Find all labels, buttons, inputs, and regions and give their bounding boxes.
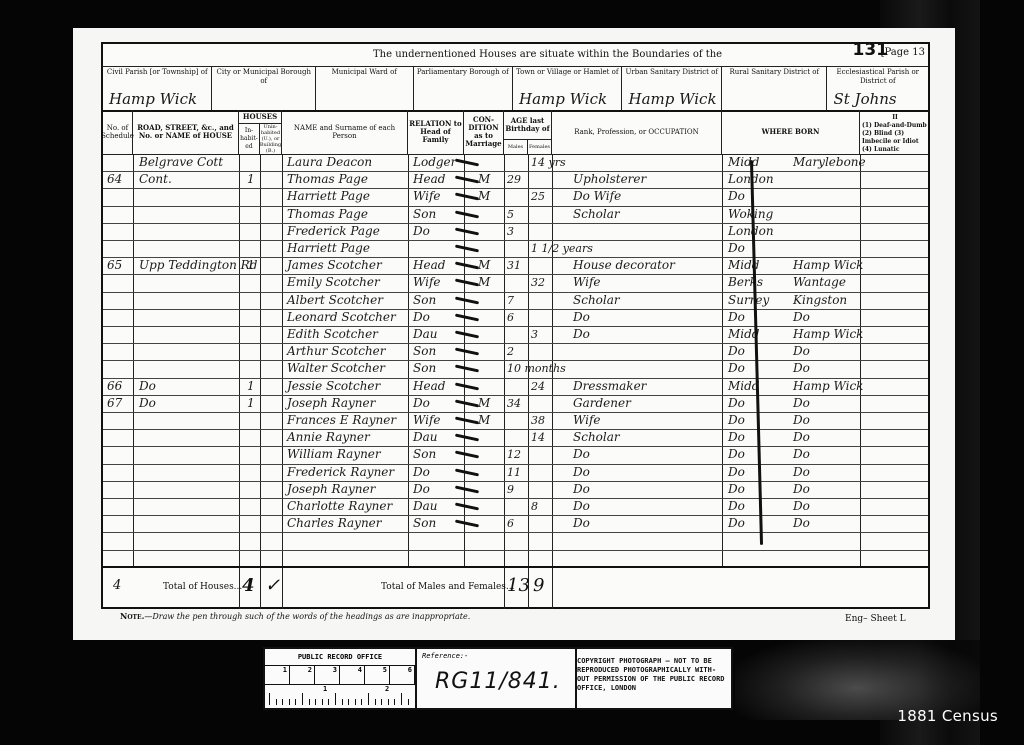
district-cell: Parliamentary Borough of [414, 66, 514, 110]
cell-female-age: 32 [531, 274, 545, 291]
table-row: 67Do1Joseph RaynerDoM34GardenerDoDo [103, 395, 928, 412]
ruler-number: 2 [290, 666, 315, 684]
cell-male-age: 31 [507, 257, 521, 274]
copyright-notice: COPYRIGHT PHOTOGRAPH – NOT TO BE REPRODU… [577, 657, 727, 693]
total-persons-label: Total of Males and Females... [381, 582, 515, 592]
district-label: Rural Sanitary District of [722, 66, 826, 79]
cell-male-age: 12 [507, 446, 521, 463]
cell-born-place: Do [793, 464, 810, 481]
cell-relation: Son [413, 206, 436, 223]
district-value: Hamp Wick [109, 90, 197, 108]
tally-mark [455, 193, 479, 201]
cell-male-age: 11 [507, 464, 521, 481]
cell-name: Frederick Page [287, 223, 380, 240]
cell-relation: Son [413, 360, 436, 377]
cell-born-county: Do [728, 515, 745, 532]
district-cell: Urban Sanitary District ofHamp Wick [622, 66, 722, 110]
cell-inhabited: 1 [247, 395, 255, 412]
cell-inhabited: 1 [247, 378, 255, 395]
total-females: 9 [533, 575, 544, 596]
cell-born-place: Do [793, 446, 810, 463]
cell-name: Annie Rayner [287, 429, 370, 446]
cell-name: Edith Scotcher [287, 326, 378, 343]
cell-relation: Son [413, 292, 436, 309]
district-cell: Ecclesiastical Parish or District ofSt J… [827, 66, 928, 110]
district-value: Hamp Wick [519, 90, 607, 108]
tally-mark [455, 296, 479, 304]
ruler-tick [335, 693, 336, 705]
sheet-label: Eng– Sheet L [845, 614, 906, 624]
cell-male-age: 34 [507, 395, 521, 412]
cell-road: Belgrave Cott [139, 154, 223, 171]
cell-female-age: 14 yrs [531, 154, 566, 171]
cell-schedule: 65 [107, 257, 122, 274]
scale-number: 1 [323, 685, 327, 693]
grid-line [103, 550, 928, 551]
cell-inhabited: 1 [247, 257, 255, 274]
cell-relation: Do [413, 309, 430, 326]
district-row: Civil Parish [or Township] ofHamp WickCi… [103, 66, 928, 112]
tally-mark [455, 227, 479, 235]
cell-occupation: House decorator [573, 257, 675, 274]
cell-occupation: Do [573, 481, 590, 498]
cell-relation: Head [413, 378, 445, 395]
cell-occupation: Do Wife [573, 188, 621, 205]
ruler-tick [269, 693, 270, 705]
cell-relation: Dau [413, 429, 438, 446]
tally-mark [455, 245, 479, 253]
cell-name: Walter Scotcher [287, 360, 385, 377]
cell-male-age: 2 [507, 343, 514, 360]
district-label: Town or Village or Hamlet of [513, 66, 621, 79]
cell-female-age: 8 [531, 498, 538, 515]
total-houses-uninhabited-check: ✓ [265, 575, 280, 596]
reference-label: Reference:- [417, 649, 575, 663]
cell-condition: M [478, 171, 490, 188]
ruler-tick [368, 693, 369, 705]
image-caption: 1881 Census [897, 707, 998, 725]
cell-condition: M [478, 274, 490, 291]
cell-male-age: 6 [507, 515, 514, 532]
cell-name: Frances E Rayner [287, 412, 396, 429]
cell-male-age: 5 [507, 206, 514, 223]
cell-relation: Head [413, 257, 445, 274]
ruler-tick [388, 699, 389, 705]
cell-occupation: Do [573, 446, 590, 463]
ruler-tick [401, 693, 402, 705]
district-label: Municipal Ward of [316, 66, 413, 79]
table-row: 65Upp Teddington Rd1James ScotcherHeadM3… [103, 257, 928, 274]
ruler-tick [315, 699, 316, 705]
col-infirmity: II (1) Deaf-and-Dumb (2) Blind (3) Imbec… [860, 110, 930, 154]
ruler-tick [276, 699, 277, 705]
cell-born-county: Do [728, 498, 745, 515]
cell-born-place: Do [793, 412, 810, 429]
district-cell: Civil Parish [or Township] ofHamp Wick [103, 66, 212, 110]
table-row: Leonard ScotcherDo6DoDoDo [103, 309, 928, 326]
col-where-born: WHERE BORN [722, 110, 860, 154]
cell-condition: M [478, 257, 490, 274]
infirmity-label: (1) Deaf-and-Dumb (2) Blind (3) Imbecile… [862, 122, 928, 154]
cell-name: Thomas Page [287, 206, 368, 223]
cell-born-county: Do [728, 429, 745, 446]
district-label: Ecclesiastical Parish or District of [827, 66, 928, 88]
ruler-tick [302, 693, 303, 705]
table-row: 64Cont.1Thomas PageHeadM29UpholstererLon… [103, 171, 928, 188]
cell-male-age: 6 [507, 309, 514, 326]
cell-born-county: Do [728, 343, 745, 360]
col-name: NAME and Surname of each Person [282, 110, 408, 154]
table-row: William RaynerSon12DoDoDo [103, 446, 928, 463]
ruler-tick [282, 699, 283, 705]
cell-name: Harriett Page [287, 240, 370, 257]
cell-relation: Dau [413, 498, 438, 515]
cell-road: Upp Teddington Rd [139, 257, 257, 274]
table-row: Frederick RaynerDo11DoDoDo [103, 464, 928, 481]
ruler-tick [375, 699, 376, 705]
cell-female-age: 25 [531, 188, 545, 205]
cell-relation: Dau [413, 326, 438, 343]
cell-occupation: Scholar [573, 206, 620, 223]
cell-born-county: Surrey [728, 292, 769, 309]
cell-born-county: Do [728, 188, 745, 205]
page-label: [Page 13 [881, 47, 925, 58]
cell-born-place: Do [793, 429, 810, 446]
grid-line [103, 532, 928, 533]
cell-born-county: Do [728, 309, 745, 326]
tally-mark [455, 399, 479, 407]
table-row: Charlotte RaynerDau8DoDoDo [103, 498, 928, 515]
cell-born-county: Do [728, 412, 745, 429]
district-label: Urban Sanitary District of [622, 66, 721, 79]
cell-occupation: Do [573, 326, 590, 343]
census-form: The undernentioned Houses are situate wi… [101, 42, 930, 609]
cell-born-county: Berks [728, 274, 763, 291]
district-value: St Johns [833, 90, 896, 108]
cell-occupation: Do [573, 309, 590, 326]
tally-mark [455, 434, 479, 442]
cell-schedule: 67 [107, 395, 122, 412]
ruler-tick [309, 699, 310, 705]
note-text: —Draw the pen through such of the words … [144, 612, 470, 621]
tally-mark [455, 382, 479, 390]
cell-schedule: 64 [107, 171, 122, 188]
cell-relation: Son [413, 343, 436, 360]
cell-occupation: Do [573, 515, 590, 532]
record-office-label: PUBLIC RECORD OFFICE 123456 12 Reference… [263, 647, 733, 710]
table-row: Belgrave CottLaura DeaconLodger14 yrsMid… [103, 154, 928, 171]
tally-mark [455, 348, 479, 356]
ruler-tick [295, 699, 296, 705]
cell-name: Emily Scotcher [287, 274, 380, 291]
cell-male-age: 29 [507, 171, 521, 188]
totals-row: 4 Total of Houses... 4 ✓ Total of Males … [103, 566, 928, 609]
ruler-tick [361, 699, 362, 705]
tally-mark [455, 417, 479, 425]
cell-relation: Son [413, 446, 436, 463]
cell-condition: M [478, 188, 490, 205]
cell-born-place: Do [793, 343, 810, 360]
table-row: Frederick PageDo3London [103, 223, 928, 240]
cell-name: Arthur Scotcher [287, 343, 386, 360]
table-row: Edith ScotcherDau3DoMiddHamp Wick [103, 326, 928, 343]
cell-relation: Lodger [413, 154, 456, 171]
record-office-ruler: PUBLIC RECORD OFFICE 123456 12 [265, 649, 417, 708]
cell-name: William Rayner [287, 446, 381, 463]
ruler-number: 4 [340, 666, 365, 684]
cell-occupation: Dressmaker [573, 378, 646, 395]
cell-occupation: Gardener [573, 395, 631, 412]
cell-female-age: 38 [531, 412, 545, 429]
col-houses: HOUSES [239, 110, 282, 124]
cell-born-place: Hamp Wick [793, 378, 863, 395]
cell-name: James Scotcher [287, 257, 382, 274]
tally-mark [455, 520, 479, 528]
cell-name: Joseph Rayner [287, 481, 375, 498]
ruler-tick [348, 699, 349, 705]
ruler-numbers: 123456 [265, 666, 415, 685]
col-males: Males [504, 140, 528, 154]
col-females: Females [528, 140, 552, 154]
col-road: ROAD, STREET, &c., and No. or NAME of HO… [133, 110, 239, 154]
cell-female-age: 1 1/2 years [531, 240, 593, 257]
ruler-tick [381, 699, 382, 705]
tally-mark [455, 503, 479, 511]
cell-road: Do [139, 378, 156, 395]
cell-schedule: 66 [107, 378, 122, 395]
table-row: 66Do1Jessie ScotcherHead24DressmakerMidd… [103, 378, 928, 395]
district-cell: City or Municipal Borough of [212, 66, 316, 110]
col-relation: RELATION to Head of Family [408, 110, 464, 154]
cell-male-age: 10 months [507, 360, 566, 377]
col-occupation: Rank, Profession, or OCCUPATION [552, 110, 722, 154]
cell-born-place: Do [793, 395, 810, 412]
ruler-tick [355, 699, 356, 705]
tally-mark [455, 485, 479, 493]
total-males: 13 [507, 575, 530, 596]
col-uninhabited: Unin-habited (U.), or Building (B.) [260, 124, 282, 154]
scale-number: 2 [385, 685, 389, 693]
cell-name: Leonard Scotcher [287, 309, 396, 326]
cell-name: Frederick Rayner [287, 464, 394, 481]
tally-mark [455, 176, 479, 184]
form-header: The undernentioned Houses are situate wi… [103, 44, 928, 67]
table-row: Frances E RaynerWifeM38WifeDoDo [103, 412, 928, 429]
form-title: The undernentioned Houses are situate wi… [373, 49, 722, 60]
cell-relation: Wife [413, 274, 441, 291]
cell-name: Thomas Page [287, 171, 368, 188]
tally-mark [455, 279, 479, 287]
col-age: AGE last Birthday of [504, 110, 552, 140]
col-condition: CON-DITION as to Marriage [464, 110, 504, 154]
col-schedule: No. of Schedule [103, 110, 133, 154]
cell-road: Cont. [139, 171, 172, 188]
district-label: Civil Parish [or Township] of [103, 66, 211, 79]
district-value: Hamp Wick [628, 90, 716, 108]
cell-female-age: 3 [531, 326, 538, 343]
cell-female-age: 14 [531, 429, 545, 446]
cell-name: Charlotte Rayner [287, 498, 392, 515]
cell-name: Harriett Page [287, 188, 370, 205]
column-headers: No. of Schedule ROAD, STREET, &c., and N… [103, 110, 928, 155]
table-row: Harriett PageWifeM25Do WifeDo [103, 188, 928, 205]
census-table: Belgrave CottLaura DeaconLodger14 yrsMid… [103, 154, 928, 566]
record-office-title: PUBLIC RECORD OFFICE [265, 649, 415, 666]
district-label: City or Municipal Borough of [212, 66, 315, 88]
table-row: Harriett Page1 1/2 yearsDo [103, 240, 928, 257]
tally-mark [455, 210, 479, 218]
cell-female-age: 24 [531, 378, 545, 395]
tally-mark [455, 331, 479, 339]
ruler-tick [289, 699, 290, 705]
cell-relation: Wife [413, 188, 441, 205]
cell-condition: M [478, 412, 490, 429]
cell-born-place: Do [793, 481, 810, 498]
cell-occupation: Wife [573, 274, 601, 291]
cell-relation: Do [413, 395, 430, 412]
col-inhabited: In-habit-ed [239, 124, 260, 154]
cell-born-place: Hamp Wick [793, 257, 863, 274]
reference-box: Reference:- RG11/841. [417, 649, 577, 708]
ruler-ticks: 12 [265, 685, 415, 707]
cell-born-county: Do [728, 240, 745, 257]
cell-condition: M [478, 395, 490, 412]
total-schedules-mark: 4 [113, 578, 121, 593]
tally-mark [455, 159, 479, 167]
district-cell: Rural Sanitary District of [722, 66, 827, 110]
ruler-tick [408, 699, 409, 705]
tally-mark [455, 468, 479, 476]
ruler-number: 3 [315, 666, 340, 684]
cell-born-place: Do [793, 515, 810, 532]
table-row: Arthur ScotcherSon2DoDo [103, 343, 928, 360]
cell-born-county: Do [728, 360, 745, 377]
footer-note: Note.—Draw the pen through such of the w… [120, 611, 470, 621]
cell-born-county: Do [728, 395, 745, 412]
infirmity-number: II [892, 114, 898, 122]
ruler-number: 1 [265, 666, 290, 684]
cell-occupation: Wife [573, 412, 601, 429]
cell-name: Albert Scotcher [287, 292, 383, 309]
cell-male-age: 7 [507, 292, 514, 309]
cell-relation: Do [413, 464, 430, 481]
cell-occupation: Upholsterer [573, 171, 646, 188]
district-label: Parliamentary Borough of [414, 66, 513, 79]
cell-relation: Son [413, 515, 436, 532]
cell-name: Charles Rayner [287, 515, 382, 532]
table-row: Walter ScotcherSon10 monthsDoDo [103, 360, 928, 377]
ruler-tick [342, 699, 343, 705]
cell-relation: Head [413, 171, 445, 188]
cell-born-place: Wantage [793, 274, 846, 291]
cell-relation: Do [413, 481, 430, 498]
ruler-tick [394, 699, 395, 705]
table-row: Charles RaynerSon6DoDoDo [103, 515, 928, 532]
cell-born-place: Kingston [793, 292, 847, 309]
tally-mark [455, 313, 479, 321]
cell-name: Laura Deacon [287, 154, 372, 171]
cell-road: Do [139, 395, 156, 412]
cell-occupation: Scholar [573, 429, 620, 446]
tally-mark [455, 365, 479, 373]
cell-occupation: Do [573, 464, 590, 481]
cell-occupation: Scholar [573, 292, 620, 309]
district-cell: Town or Village or Hamlet ofHamp Wick [513, 66, 622, 110]
ruler-number: 5 [365, 666, 390, 684]
cell-born-county: Midd [728, 154, 760, 171]
cell-born-place: Marylebone [793, 154, 866, 171]
cell-born-county: Do [728, 481, 745, 498]
cell-relation: Do [413, 223, 430, 240]
cell-born-place: Hamp Wick [793, 326, 863, 343]
table-row: Annie RaynerDau14ScholarDoDo [103, 429, 928, 446]
tally-mark [455, 451, 479, 459]
tally-mark [455, 262, 479, 270]
cell-male-age: 3 [507, 223, 514, 240]
cell-born-county: Do [728, 446, 745, 463]
cell-born-place: Do [793, 309, 810, 326]
ruler-tick [328, 699, 329, 705]
district-cell: Municipal Ward of [316, 66, 414, 110]
cell-born-place: Do [793, 360, 810, 377]
ruler-number: 6 [390, 666, 415, 684]
reference-value: RG11/841. [435, 669, 561, 694]
table-row: Thomas PageSon5ScholarWoking [103, 206, 928, 223]
table-row: Albert ScotcherSon7ScholarSurreyKingston [103, 292, 928, 309]
table-row: Joseph RaynerDo9DoDoDo [103, 481, 928, 498]
cell-born-place: Do [793, 498, 810, 515]
note-prefix: Note. [120, 611, 144, 621]
total-houses-label: Total of Houses... [163, 582, 242, 592]
ruler-tick [322, 699, 323, 705]
cell-name: Joseph Rayner [287, 395, 375, 412]
cell-male-age: 9 [507, 481, 514, 498]
cell-born-county: Do [728, 464, 745, 481]
cell-inhabited: 1 [247, 171, 255, 188]
cell-name: Jessie Scotcher [287, 378, 380, 395]
cell-occupation: Do [573, 498, 590, 515]
total-houses-inhabited: 4 [242, 575, 255, 596]
cell-relation: Wife [413, 412, 441, 429]
table-row: Emily ScotcherWifeM32WifeBerksWantage [103, 274, 928, 291]
